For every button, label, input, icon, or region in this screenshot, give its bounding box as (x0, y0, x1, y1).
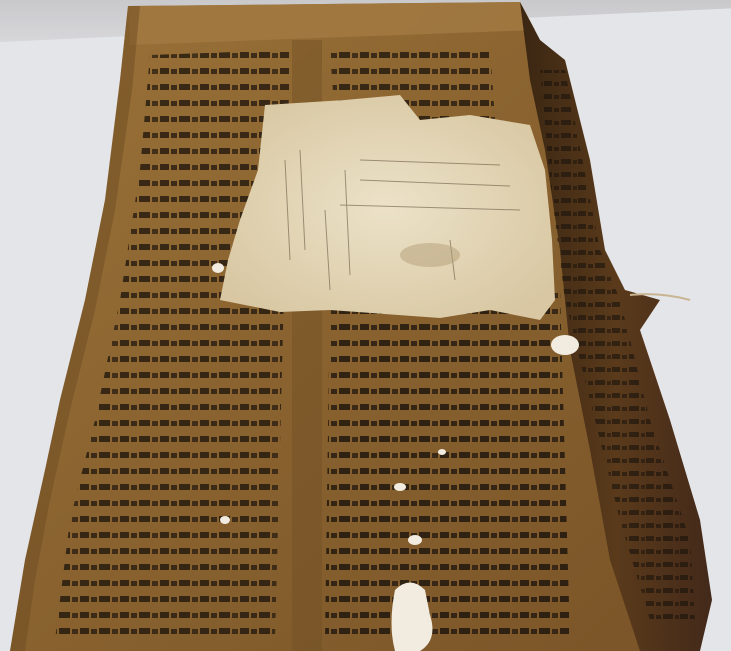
scroll-illustration (0, 0, 731, 651)
center-text-column-lower (325, 290, 570, 640)
pale-patch (220, 95, 555, 320)
patch-stain (400, 243, 460, 267)
scroll-photo: Ancient Hebrew manuscript scroll on parc… (0, 0, 731, 651)
